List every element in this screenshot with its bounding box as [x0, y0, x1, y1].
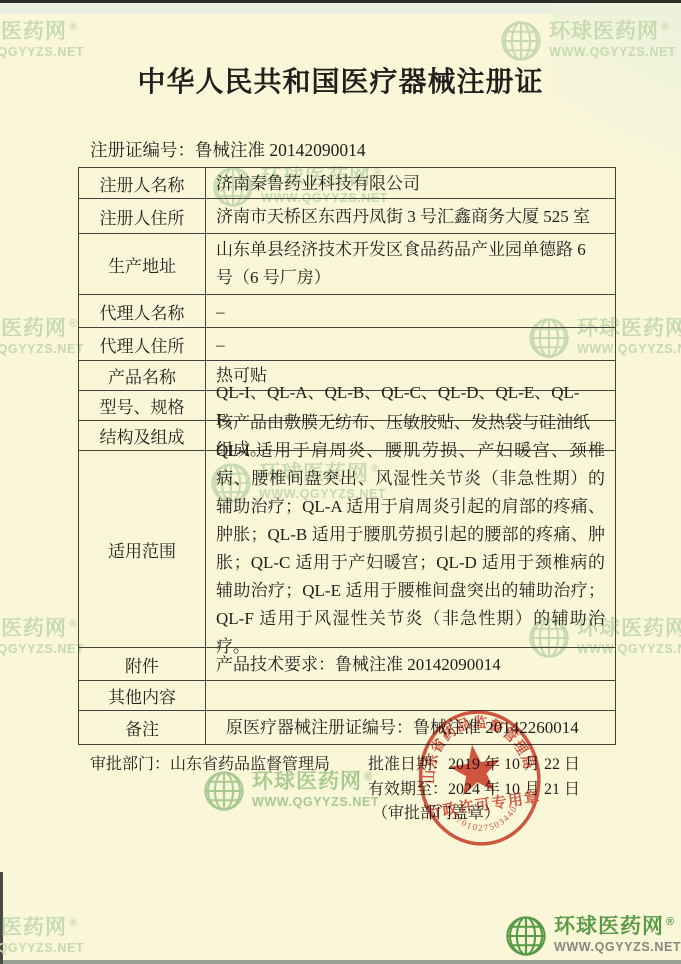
row-value: 济南秦鲁药业科技有限公司 — [206, 168, 615, 198]
row-label: 型号、规格 — [79, 391, 206, 420]
scan-edge-bottom — [0, 960, 681, 964]
registered-mark: ® — [69, 318, 78, 330]
row-value: 原医疗器械注册证编号：鲁械注准 20142260014 — [206, 711, 615, 744]
site-watermark: 环球医药网®WWW.QGYYZS.NET — [0, 617, 84, 659]
table-row: 注册人住所 济南市天桥区东西丹凤街 3 号汇鑫商务大厦 525 室 — [79, 198, 615, 233]
watermark-brand: 环球医药网® — [0, 317, 84, 341]
watermark-url: WWW.QGYYZS.NET — [0, 45, 84, 60]
globe-icon — [500, 20, 542, 62]
row-value: 产品技术要求：鲁械注准 20142090014 — [206, 648, 615, 680]
row-label: 结构及组成 — [79, 421, 206, 450]
table-row: 适用范围 QL-I 适用于肩周炎、腰肌劳损、产妇暖宫、颈椎病、腰椎间盘突出、风湿… — [79, 450, 615, 647]
table-row: 代理人名称 – — [79, 294, 615, 327]
row-value: – — [206, 328, 615, 360]
site-logo: 环球医药网®WWW.QGYYZS.NET — [505, 915, 681, 957]
table-row: 附件 产品技术要求：鲁械注准 20142090014 — [79, 647, 615, 680]
valid-until-date: 有效期至：2024 年 10 月 21 日 — [368, 776, 580, 799]
row-value: 济南市天桥区东西丹凤街 3 号汇鑫商务大厦 525 室 — [206, 199, 615, 233]
registered-mark: ® — [666, 916, 675, 928]
table-row: 代理人住所 – — [79, 327, 615, 360]
globe-icon — [203, 770, 245, 812]
row-label: 产品名称 — [79, 361, 206, 390]
row-label: 附件 — [79, 648, 206, 680]
site-watermark: 环球医药网®WWW.QGYYZS.NET — [203, 770, 379, 812]
site-watermark: 环球医药网®WWW.QGYYZS.NET — [0, 317, 84, 359]
approval-department: 审批部门：山东省药品监督管理局 — [90, 751, 330, 774]
watermark-brand: 环球医药网® — [0, 617, 84, 641]
watermark-brand: 环球医药网® — [0, 916, 84, 940]
logo-url: WWW.QGYYZS.NET — [554, 940, 681, 955]
row-label: 适用范围 — [79, 451, 206, 647]
registered-mark: ® — [69, 917, 78, 929]
certificate-number: 注册证编号：鲁械注准 20142090014 — [90, 137, 366, 162]
certificate-page: 环球医药网®WWW.QGYYZS.NET 环球医药网®WWW.QGYYZS.NE… — [0, 0, 681, 964]
registered-mark: ® — [69, 21, 78, 33]
approval-date: 批准日期：2019 年 10 月 22 日 — [368, 751, 580, 774]
row-label: 注册人名称 — [79, 168, 206, 198]
table-row: 注册人名称 济南秦鲁药业科技有限公司 — [79, 168, 615, 198]
table-row: 其他内容 — [79, 680, 615, 710]
table-row: 备注 原医疗器械注册证编号：鲁械注准 20142260014 — [79, 710, 615, 744]
watermark-url: WWW.QGYYZS.NET — [0, 642, 84, 657]
registered-mark: ® — [69, 618, 78, 630]
row-label: 其他内容 — [79, 681, 206, 710]
page-title: 中华人民共和国医疗器械注册证 — [0, 60, 681, 100]
watermark-url: WWW.QGYYZS.NET — [252, 795, 379, 810]
globe-icon — [505, 915, 547, 957]
row-label: 生产地址 — [79, 234, 206, 294]
row-value: 山东单县经济技术开发区食品药品产业园单德路 6 号（6 号厂房） — [206, 234, 615, 294]
site-watermark: 环球医药网®WWW.QGYYZS.NET — [0, 20, 84, 62]
row-label: 备注 — [79, 711, 206, 744]
row-label: 注册人住所 — [79, 199, 206, 233]
seal-note: （审批部门盖章） — [372, 800, 500, 823]
watermark-url: WWW.QGYYZS.NET — [0, 941, 84, 956]
table-row: 生产地址 山东单县经济技术开发区食品药品产业园单德路 6 号（6 号厂房） — [79, 233, 615, 294]
row-label: 代理人名称 — [79, 295, 206, 327]
row-label: 代理人住所 — [79, 328, 206, 360]
row-value: QL-I 适用于肩周炎、腰肌劳损、产妇暖宫、颈椎病、腰椎间盘突出、风湿性关节炎（… — [206, 451, 615, 647]
watermark-brand: 环球医药网® — [0, 20, 84, 44]
row-value — [206, 681, 615, 710]
site-watermark: 环球医药网®WWW.QGYYZS.NET — [0, 916, 84, 958]
watermark-url: WWW.QGYYZS.NET — [0, 342, 84, 357]
row-value: – — [206, 295, 615, 327]
registration-table: 注册人名称 济南秦鲁药业科技有限公司 注册人住所 济南市天桥区东西丹凤街 3 号… — [78, 167, 616, 745]
scan-edge-left — [0, 872, 3, 964]
logo-brand: 环球医药网® — [554, 915, 681, 939]
